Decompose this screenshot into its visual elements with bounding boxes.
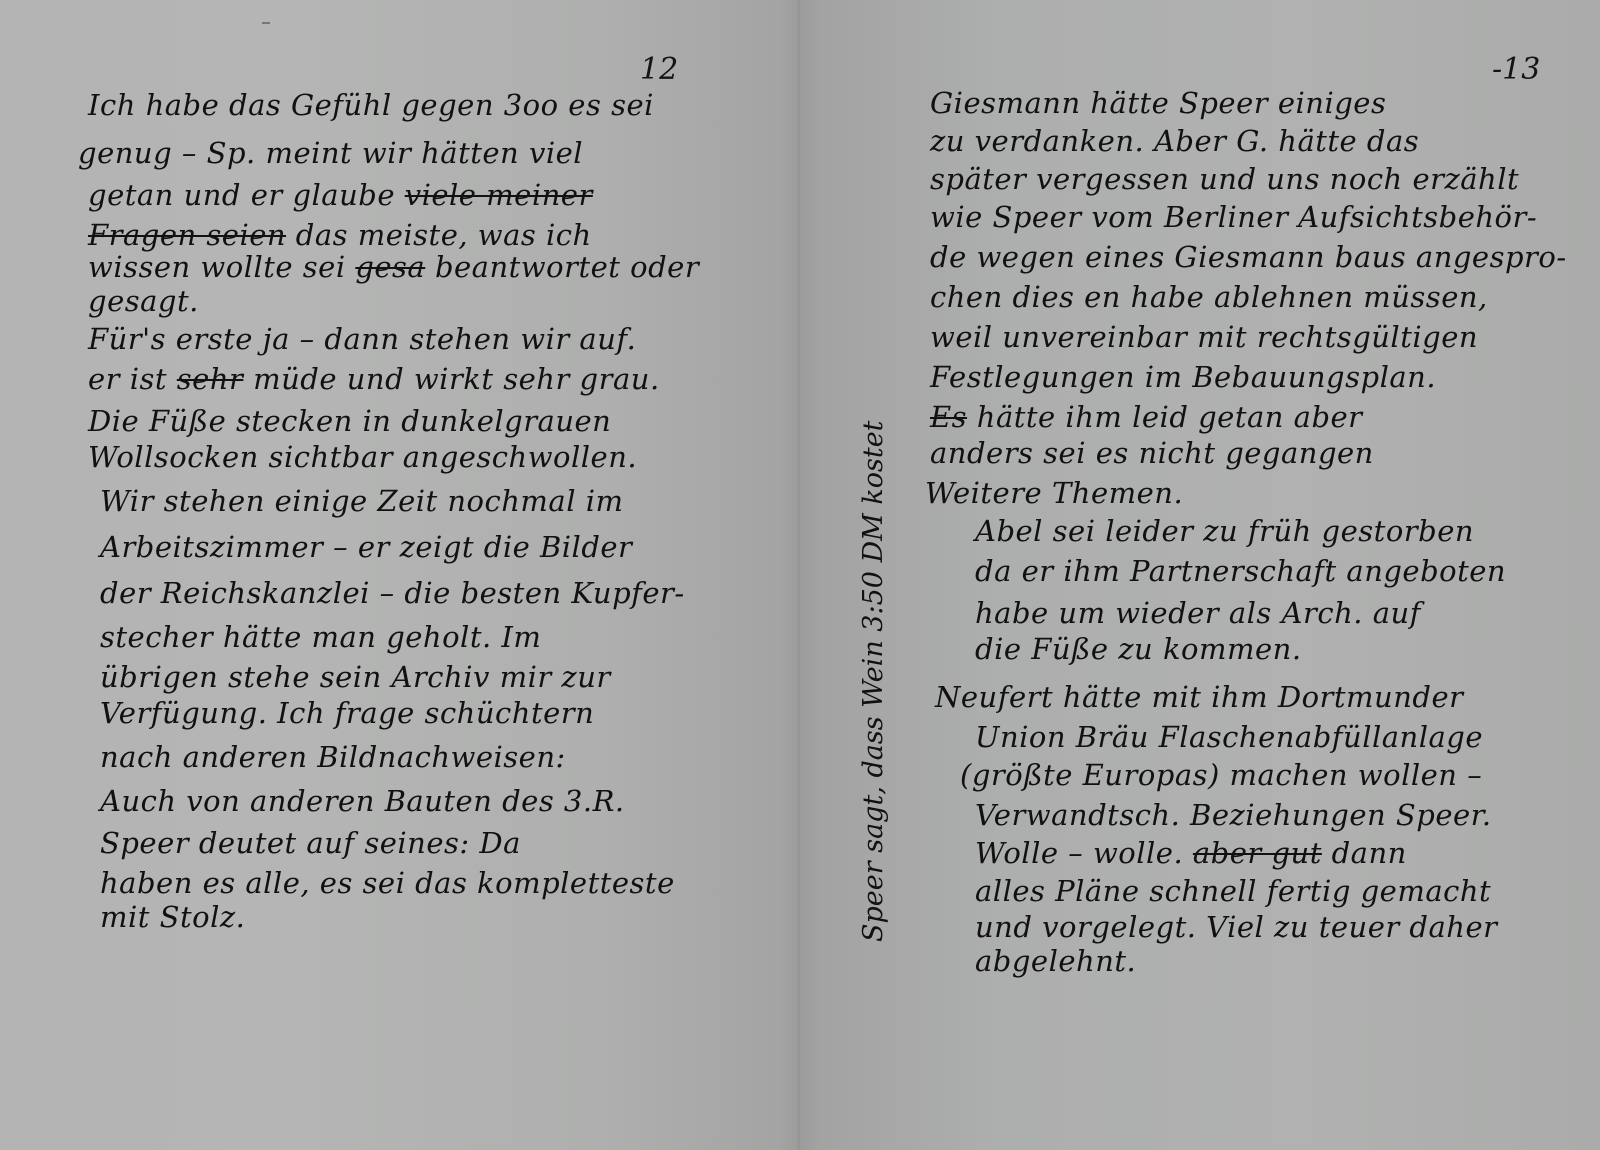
line-text: wie Speer vom Berliner Aufsichtsbehör- — [930, 200, 1537, 234]
text-line: Es hätte ihm leid getan aber — [930, 400, 1363, 434]
line-text: Festlegungen im Bebauungsplan. — [930, 360, 1436, 394]
text-line: Die Füße stecken in dunkelgrauen — [88, 404, 611, 438]
line-text: Wir stehen einige Zeit nochmal im — [100, 484, 624, 518]
line-text: Neufert hätte mit ihm Dortmunder — [935, 680, 1463, 714]
text-line: weil unvereinbar mit rechtsgültigen — [930, 320, 1478, 354]
line-text: anders sei es nicht gegangen — [930, 436, 1374, 470]
text-line: Weitere Themen. — [925, 476, 1183, 510]
text-line: mit Stolz. — [100, 900, 245, 934]
text-line: Wolle – wolle. aber gut dann — [975, 836, 1407, 870]
line-text: übrigen stehe sein Archiv mir zur — [100, 660, 611, 694]
line-text: Wolle – wolle. — [975, 836, 1193, 870]
text-line: da er ihm Partnerschaft angeboten — [975, 554, 1506, 588]
struck-text: sehr — [177, 362, 244, 396]
text-line: Neufert hätte mit ihm Dortmunder — [935, 680, 1463, 714]
line-text: habe um wieder als Arch. auf — [975, 596, 1421, 630]
text-line: Union Bräu Flaschenabfüllanlage — [975, 720, 1483, 754]
line-text: hätte ihm leid getan aber — [967, 400, 1362, 434]
text-line: Für's erste ja – dann stehen wir auf. — [88, 322, 636, 356]
text-line: und vorgelegt. Viel zu teuer daher — [975, 910, 1498, 944]
line-text: da er ihm Partnerschaft angeboten — [975, 554, 1506, 588]
line-text: Weitere Themen. — [925, 476, 1183, 510]
line-text: Giesmann hätte Speer einiges — [930, 86, 1386, 120]
text-line: alles Pläne schnell fertig gemacht — [975, 874, 1491, 908]
text-line: Abel sei leider zu früh gestorben — [975, 514, 1474, 548]
page-right: -13 Giesmann hätte Speer einigeszu verda… — [802, 0, 1600, 1150]
text-line: wissen wollte sei gesa beantwortet oder — [88, 250, 699, 284]
line-text: mit Stolz. — [100, 900, 245, 934]
page-left: 12 Ich habe das Gefühl gegen 3oo es seig… — [0, 0, 798, 1150]
line-text: Abel sei leider zu früh gestorben — [975, 514, 1474, 548]
margin-note: Speer sagt, dass Wein 3:50 DM kostet — [858, 420, 889, 942]
line-text: wissen wollte sei — [88, 250, 355, 284]
text-line: Speer deutet auf seines: Da — [100, 826, 521, 860]
line-text: haben es alle, es sei das kompletteste — [100, 866, 675, 900]
line-text: abgelehnt. — [975, 944, 1136, 978]
line-text: Für's erste ja – dann stehen wir auf. — [88, 322, 636, 356]
manuscript-spread: 12 Ich habe das Gefühl gegen 3oo es seig… — [0, 0, 1600, 1150]
line-text: dann — [1322, 836, 1407, 870]
line-text: die Füße zu kommen. — [975, 632, 1302, 666]
line-text: der Reichskanzlei – die besten Kupfer- — [100, 576, 685, 610]
text-line: nach anderen Bildnachweisen: — [100, 740, 566, 774]
line-text: alles Pläne schnell fertig gemacht — [975, 874, 1491, 908]
text-line: anders sei es nicht gegangen — [930, 436, 1374, 470]
text-line: getan und er glaube viele meiner — [88, 178, 593, 212]
text-line: übrigen stehe sein Archiv mir zur — [100, 660, 611, 694]
line-text: weil unvereinbar mit rechtsgültigen — [930, 320, 1478, 354]
text-line: habe um wieder als Arch. auf — [975, 596, 1421, 630]
text-line: Wir stehen einige Zeit nochmal im — [100, 484, 624, 518]
line-text: (größte Europas) machen wollen – — [960, 758, 1482, 792]
line-text: er ist — [88, 362, 177, 396]
line-text: Verfügung. Ich frage schüchtern — [100, 696, 594, 730]
text-line: später vergessen und uns noch erzählt — [930, 162, 1519, 196]
text-line: Ich habe das Gefühl gegen 3oo es sei — [88, 88, 654, 122]
page-number: -13 — [1492, 52, 1540, 87]
text-line: Auch von anderen Bauten des 3.R. — [100, 784, 625, 818]
line-text: zu verdanken. Aber G. hätte das — [930, 124, 1419, 158]
text-line: haben es alle, es sei das kompletteste — [100, 866, 675, 900]
line-text: Auch von anderen Bauten des 3.R. — [100, 784, 625, 818]
page-number: 12 — [640, 52, 678, 87]
text-line: Verfügung. Ich frage schüchtern — [100, 696, 594, 730]
line-text: und vorgelegt. Viel zu teuer daher — [975, 910, 1498, 944]
line-text: das meiste, was ich — [286, 218, 592, 252]
struck-text: Es — [930, 400, 967, 434]
line-text: getan und er glaube — [88, 178, 405, 212]
text-line: chen dies en habe ablehnen müssen, — [930, 280, 1488, 314]
text-line: Fragen seien das meiste, was ich — [88, 218, 592, 252]
line-text: nach anderen Bildnachweisen: — [100, 740, 566, 774]
line-text: Wollsocken sichtbar angeschwollen. — [88, 440, 637, 474]
text-line: (größte Europas) machen wollen – — [960, 758, 1482, 792]
line-text: beantwortet oder — [425, 250, 699, 284]
line-text: später vergessen und uns noch erzählt — [930, 162, 1519, 196]
line-text: Speer deutet auf seines: Da — [100, 826, 521, 860]
text-line: die Füße zu kommen. — [975, 632, 1302, 666]
text-line: Giesmann hätte Speer einiges — [930, 86, 1386, 120]
text-line: der Reichskanzlei – die besten Kupfer- — [100, 576, 685, 610]
text-line: stecher hätte man geholt. Im — [100, 620, 541, 654]
line-text: Verwandtsch. Beziehungen Speer. — [975, 798, 1492, 832]
struck-text: aber gut — [1193, 836, 1322, 870]
line-text: Die Füße stecken in dunkelgrauen — [88, 404, 611, 438]
text-line: genug – Sp. meint wir hätten viel — [78, 136, 583, 170]
text-line: abgelehnt. — [975, 944, 1136, 978]
text-line: de wegen eines Giesmann baus angespro- — [930, 240, 1567, 274]
line-text: Ich habe das Gefühl gegen 3oo es sei — [88, 88, 654, 122]
struck-text: Fragen seien — [88, 218, 286, 252]
line-text: Union Bräu Flaschenabfüllanlage — [975, 720, 1483, 754]
text-line: Festlegungen im Bebauungsplan. — [930, 360, 1436, 394]
line-text: stecher hätte man geholt. Im — [100, 620, 541, 654]
line-text: gesagt. — [88, 284, 199, 318]
line-text: müde und wirkt sehr grau. — [243, 362, 659, 396]
line-text: genug – Sp. meint wir hätten viel — [78, 136, 583, 170]
text-line: wie Speer vom Berliner Aufsichtsbehör- — [930, 200, 1537, 234]
text-line: Wollsocken sichtbar angeschwollen. — [88, 440, 637, 474]
struck-text: gesa — [355, 250, 425, 284]
struck-text: viele meiner — [405, 178, 593, 212]
line-text: de wegen eines Giesmann baus angespro- — [930, 240, 1567, 274]
line-text: Arbeitszimmer – er zeigt die Bilder — [100, 530, 632, 564]
text-line: gesagt. — [88, 284, 199, 318]
line-text: chen dies en habe ablehnen müssen, — [930, 280, 1488, 314]
text-line: Verwandtsch. Beziehungen Speer. — [975, 798, 1492, 832]
text-line: zu verdanken. Aber G. hätte das — [930, 124, 1419, 158]
text-line: er ist sehr müde und wirkt sehr grau. — [88, 362, 660, 396]
text-line: Arbeitszimmer – er zeigt die Bilder — [100, 530, 632, 564]
